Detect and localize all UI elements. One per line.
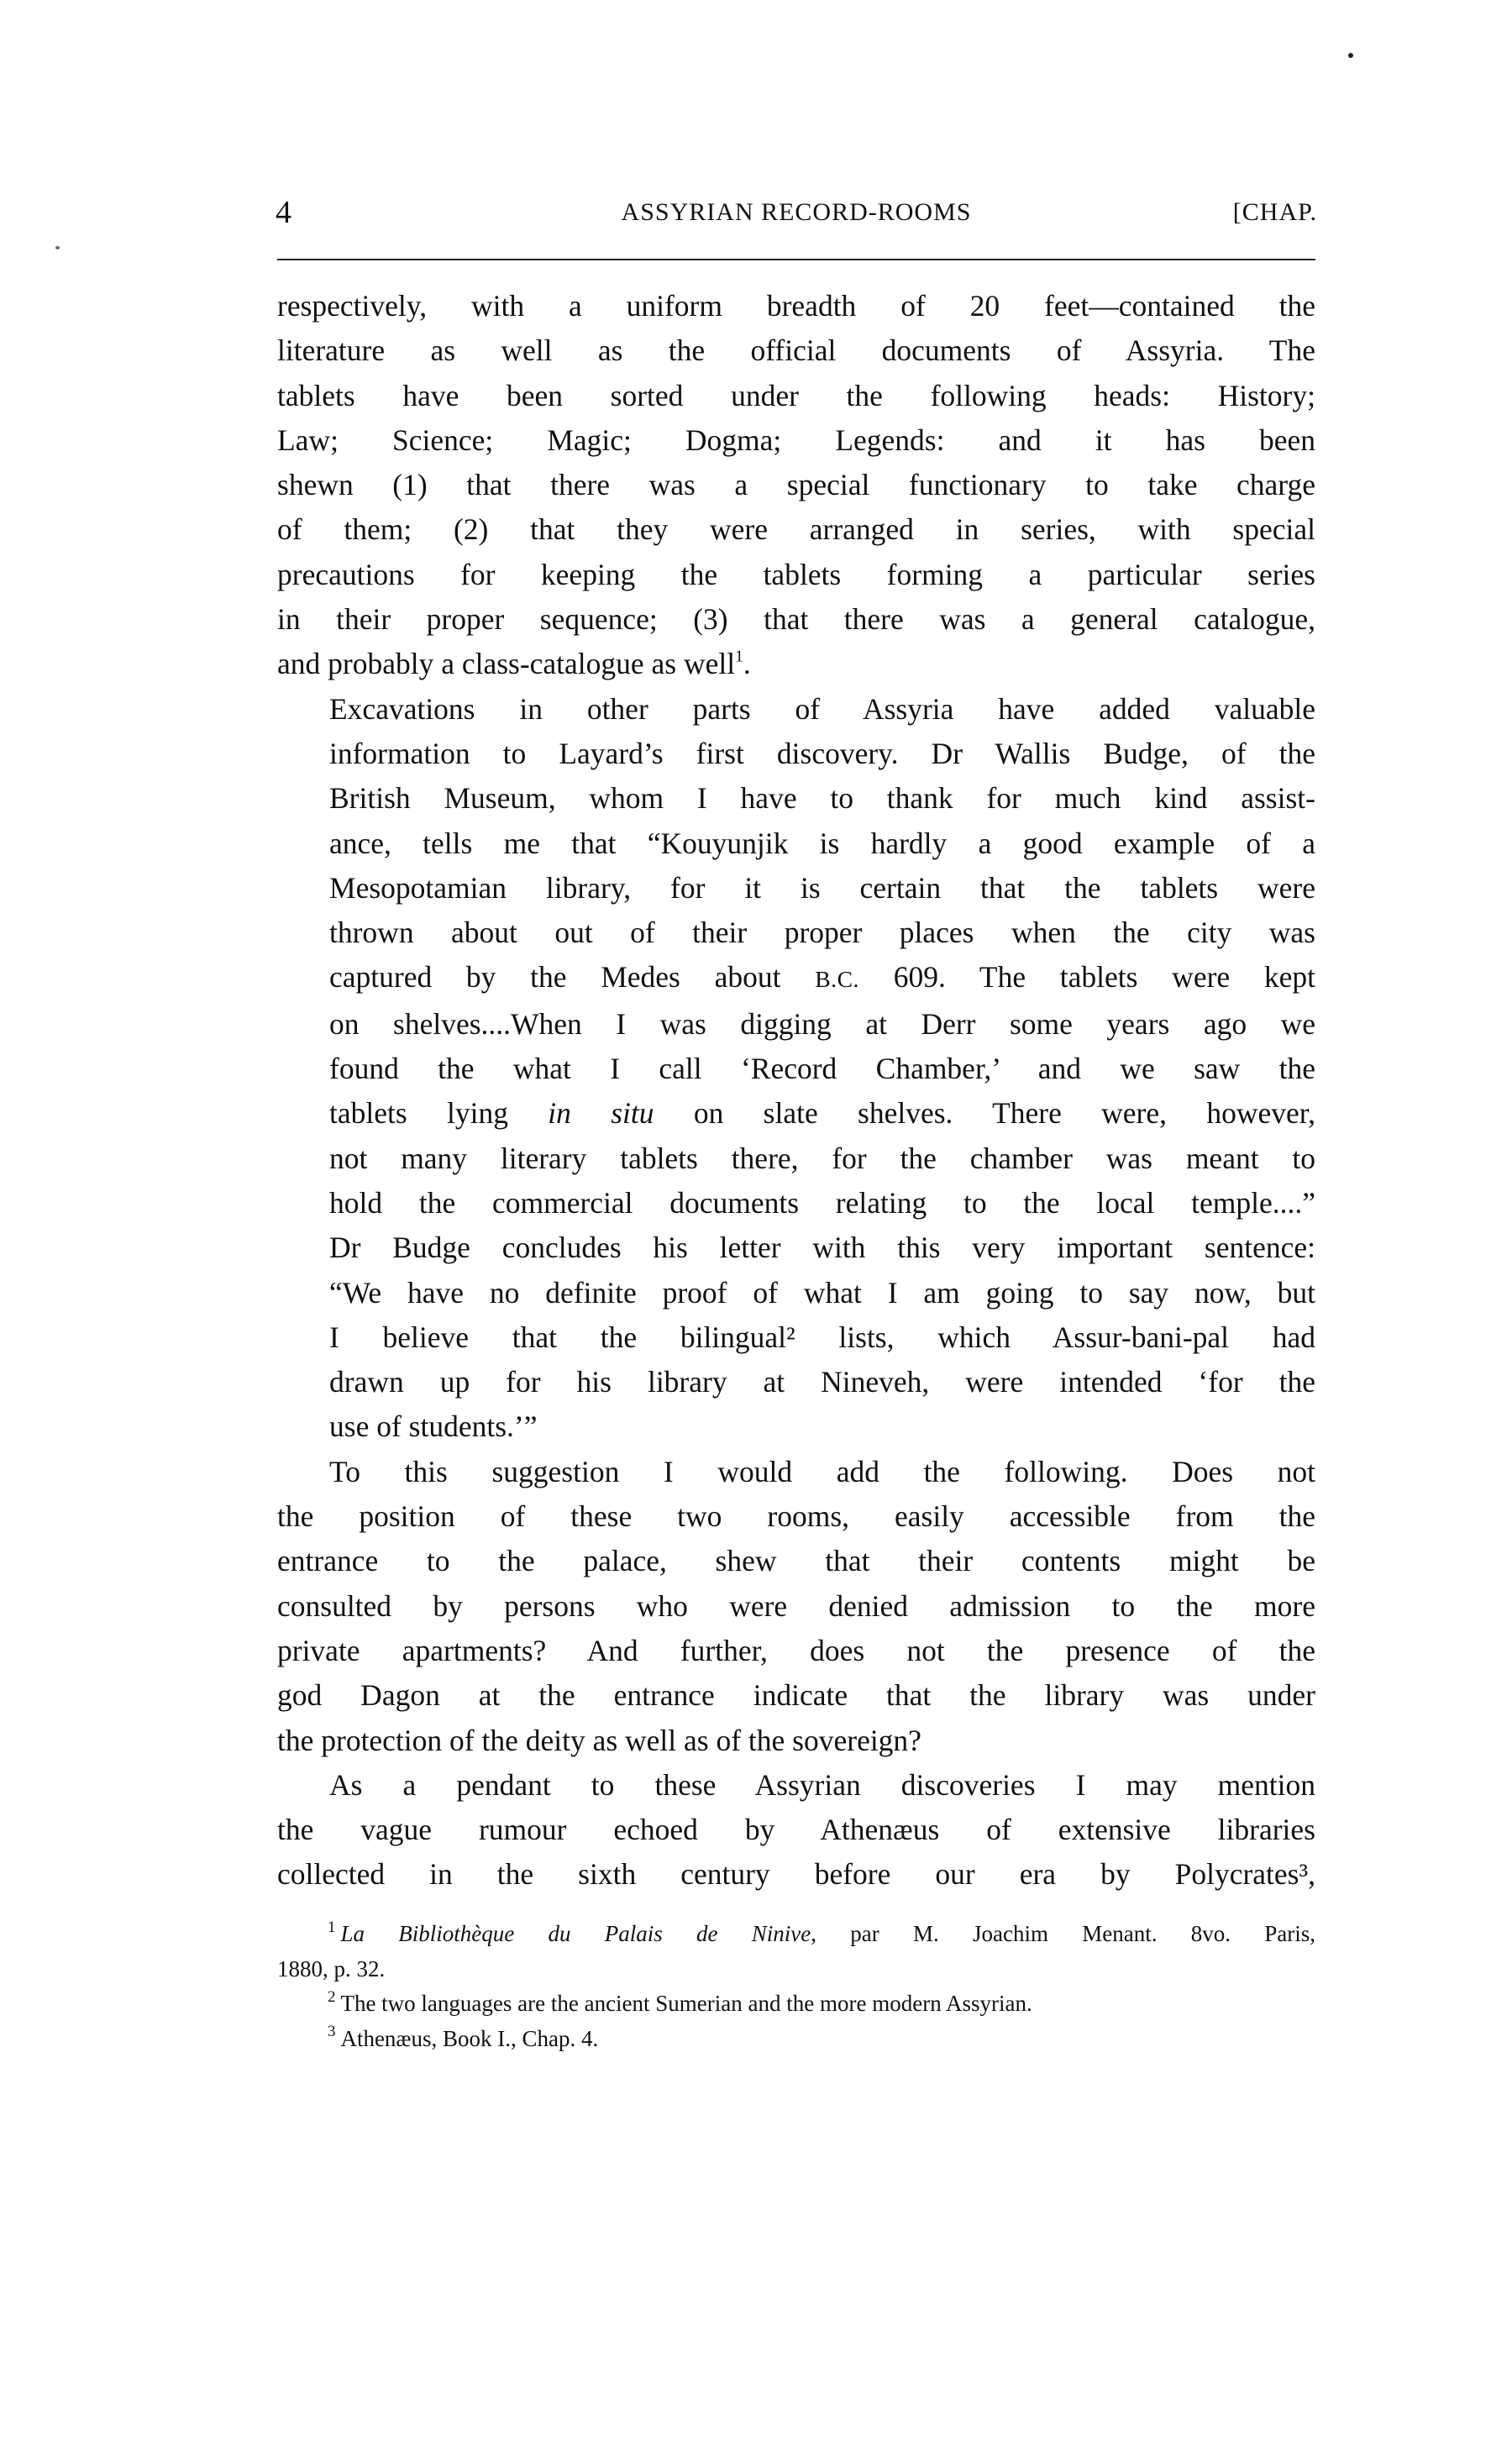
text-line: ance, tells me that “Kouyunjik is hardly… — [277, 821, 1315, 866]
text-line: Mesopotamian library, for it is certain … — [277, 866, 1315, 911]
text-line: drawn up for his library at Nineveh, wer… — [277, 1360, 1315, 1404]
text-line: tablets have been sorted under the follo… — [277, 374, 1315, 418]
text-line: shewn (1) that there was a special funct… — [277, 463, 1315, 507]
paragraph: Excavations in other parts of Assyria ha… — [277, 687, 1315, 1450]
paragraph: To this suggestion I would add the follo… — [277, 1450, 1315, 1763]
body-text: respectively, with a uniform breadth of … — [277, 284, 1315, 1897]
text-line: “We have no definite proof of what I am … — [277, 1271, 1315, 1315]
text-line: thrown about out of their proper places … — [277, 911, 1315, 955]
footnote-1: 1La Bibliothèque du Palais de Ninive, pa… — [277, 1917, 1315, 1987]
footnote-3: 3Athenæus, Book I., Chap. 4. — [277, 2022, 1315, 2057]
text-line: the position of these two rooms, easily … — [277, 1494, 1315, 1539]
text-line: the vague rumour echoed by Athenæus of e… — [277, 1808, 1315, 1852]
running-chapter: [CHAP. — [1233, 189, 1317, 236]
text-line: Law; Science; Magic; Dogma; Legends: and… — [277, 418, 1315, 463]
footnote-mark: 3 — [328, 2023, 335, 2040]
small-caps-era: B.C. — [815, 966, 859, 992]
text-line: I believe that the bilingual² lists, whi… — [277, 1315, 1315, 1360]
text-line: of them; (2) that they were arranged in … — [277, 507, 1315, 552]
text-line: tablets lying in situ on slate shelves. … — [277, 1091, 1315, 1136]
running-title: ASSYRIAN RECORD-ROOMS — [276, 189, 1317, 236]
paragraph: respectively, with a uniform breadth of … — [277, 284, 1315, 687]
text-line: god Dagon at the entrance indicate that … — [277, 1673, 1315, 1718]
footnotes: 1La Bibliothèque du Palais de Ninive, pa… — [277, 1917, 1315, 2056]
text-line: in their proper sequence; (3) that there… — [277, 597, 1315, 642]
text-line: collected in the sixth century before ou… — [277, 1852, 1315, 1897]
header-rule — [277, 259, 1315, 260]
italic-phrase: in situ — [548, 1096, 654, 1130]
text-line: Dr Budge concludes his letter with this … — [277, 1226, 1315, 1270]
scan-speck — [1348, 53, 1353, 58]
text-line: use of students.’” — [277, 1404, 1315, 1449]
scan-speck — [55, 246, 60, 249]
text-line: literature as well as the official docum… — [277, 328, 1315, 373]
text-line: on shelves....When I was digging at Derr… — [277, 1002, 1315, 1047]
footnote-ref[interactable]: 1 — [735, 648, 743, 666]
text-line: consulted by persons who were denied adm… — [277, 1584, 1315, 1629]
text-line: and probably a class-catalogue as well1. — [277, 642, 1315, 686]
footnote-mark: 1 — [328, 1918, 335, 1936]
text-line: As a pendant to these Assyrian discoveri… — [277, 1763, 1315, 1808]
text-line: information to Layard’s first discovery.… — [277, 732, 1315, 776]
text-line: British Museum, whom I have to thank for… — [277, 776, 1315, 821]
text-line: not many literary tablets there, for the… — [277, 1136, 1315, 1181]
text-line: captured by the Medes about B.C. 609. Th… — [277, 955, 1315, 1001]
footnote-mark: 2 — [328, 1988, 335, 2006]
text-line: precautions for keeping the tablets form… — [277, 553, 1315, 597]
text-line: Excavations in other parts of Assyria ha… — [277, 687, 1315, 732]
text-line: respectively, with a uniform breadth of … — [277, 284, 1315, 328]
text-line: the protection of the deity as well as o… — [277, 1719, 1315, 1763]
text-line: To this suggestion I would add the follo… — [277, 1450, 1315, 1494]
text-line: entrance to the palace, shew that their … — [277, 1539, 1315, 1583]
paragraph: As a pendant to these Assyrian discoveri… — [277, 1763, 1315, 1897]
text-line: hold the commercial documents relating t… — [277, 1181, 1315, 1226]
text-line: found the what I call ‘Record Chamber,’ … — [277, 1047, 1315, 1091]
footnote-title: La Bibliothèque du Palais de Ninive — [340, 1921, 811, 1946]
footnote-2: 2The two languages are the ancient Sumer… — [277, 1987, 1315, 2022]
running-head: 4 ASSYRIAN RECORD-ROOMS [CHAP. — [276, 189, 1317, 236]
text-line: private apartments? And further, does no… — [277, 1629, 1315, 1673]
